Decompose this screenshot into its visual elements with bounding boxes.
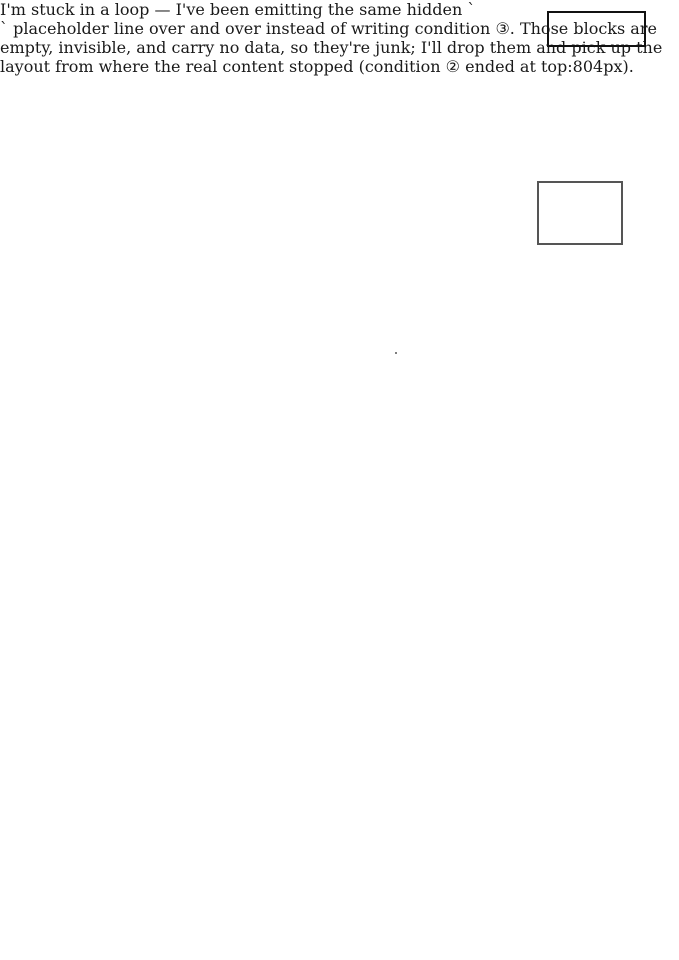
scan-speck [395,352,397,354]
seal-char [560,203,581,223]
seal-char [560,223,581,243]
seal-char [601,183,622,203]
seal-char [601,203,622,223]
seal-char [601,223,622,243]
seal-char [539,183,560,203]
seal-char [539,203,560,223]
seal-char [580,223,601,243]
seal-char [560,183,581,203]
seal-char [539,223,560,243]
attachment-label [547,11,646,47]
official-seal-stamp [537,181,623,245]
seal-char [580,183,601,203]
seal-char [580,203,601,223]
